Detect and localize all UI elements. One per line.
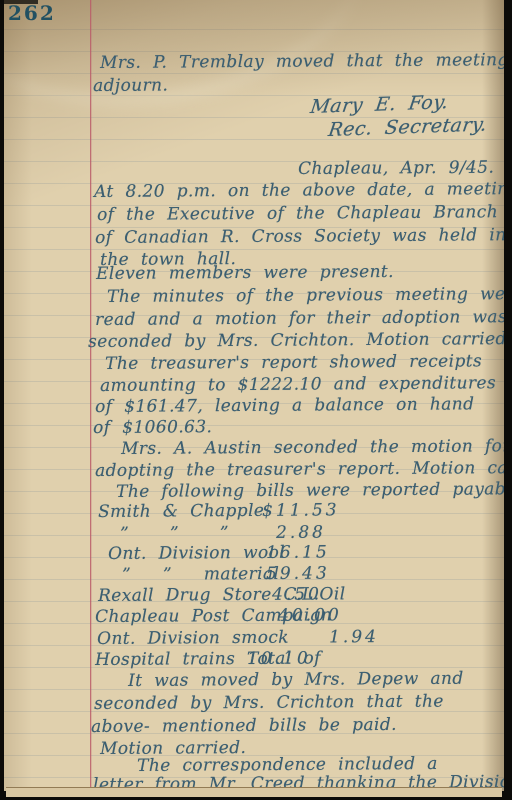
handwritten-line: The treasurer's report showed receipts: [105, 351, 482, 374]
handwritten-line: amounting to $1222.10 and expenditures: [100, 373, 496, 396]
bill-row: Ont. Division smock 1.94: [97, 628, 289, 649]
signature: Mary E. Foy.: [309, 91, 450, 118]
bill-amount: 1.94: [329, 627, 379, 647]
handwritten-line: The minutes of the previous meeting were: [107, 284, 504, 307]
ledger-paper: 262 Mrs. P. Tremblay moved that the meet…: [4, 0, 504, 791]
handwritten-line: It was moved by Mrs. Depew and: [128, 669, 464, 691]
handwritten-line: of the Executive of the Chapleau Branch: [97, 202, 498, 225]
bill-row: Rexall Drug Store C.L.Oil 4.50: [98, 584, 346, 606]
handwritten-line: above- mentioned bills be paid.: [91, 715, 397, 737]
bill-row: Hospital trains Total of 10.10: [95, 648, 321, 670]
handwritten-line: adopting the treasurer's report. Motion …: [95, 458, 504, 481]
handwritten-line: adjourn.: [93, 75, 168, 96]
bill-label: Smith & Chapple: [98, 501, 264, 522]
handwritten-line: of $161.47, leaving a balance on hand: [95, 394, 474, 417]
handwritten-line: Mrs. A. Austin seconded the motion for: [121, 436, 504, 459]
dateline: Chapleau, Apr. 9/45.: [298, 158, 494, 179]
handwritten-line: seconded by Mrs. Crichton. Motion carrie…: [88, 329, 504, 352]
bill-row: Ont. Division wool 16.15: [108, 543, 285, 564]
under-page-edge: [6, 787, 502, 797]
bill-amount: $11.53: [262, 500, 340, 521]
handwritten-line: read and a motion for their adoption was: [95, 307, 504, 330]
bill-amount: 2.88: [276, 523, 326, 543]
bill-amount: 10.10: [247, 648, 311, 668]
signature-title: Rec. Secretary.: [327, 113, 489, 140]
handwritten-line: of Canadian R. Cross Society was held in: [95, 225, 504, 248]
bill-label: Ont. Division smock: [97, 628, 289, 649]
bill-label: ” ” ”: [120, 523, 229, 544]
handwritten-line: seconded by Mrs. Crichton that the: [94, 692, 444, 714]
bill-amount: 16.15: [266, 542, 330, 562]
bill-row: ” ” ” 2.88: [120, 523, 229, 544]
bill-row: Smith & Chapple $11.53: [98, 501, 264, 522]
bill-row: ” ” material 59.43: [122, 564, 279, 585]
bill-amount: 4.50: [272, 584, 322, 604]
page-number: 262: [8, 1, 56, 25]
scanned-ledger-page: 262 Mrs. P. Tremblay moved that the meet…: [0, 0, 512, 800]
handwritten-line: of $1060.63.: [93, 417, 212, 438]
handwritten-line: At 8.20 p.m. on the above date, a meetin…: [94, 179, 504, 202]
bill-label: Ont. Division wool: [108, 543, 285, 564]
handwritten-line: Mrs. P. Tremblay moved that the meeting: [100, 50, 504, 73]
bill-label: ” ” material: [122, 564, 279, 585]
handwritten-line: Eleven members were present.: [96, 262, 394, 284]
red-margin-line: [90, 0, 91, 791]
handwritten-line: The following bills were reported payabl…: [116, 479, 504, 502]
bill-row: Chapleau Post Campaign 40.00: [95, 605, 332, 627]
bill-amount: 40.00: [278, 605, 342, 625]
bill-amount: 59.43: [266, 564, 330, 584]
